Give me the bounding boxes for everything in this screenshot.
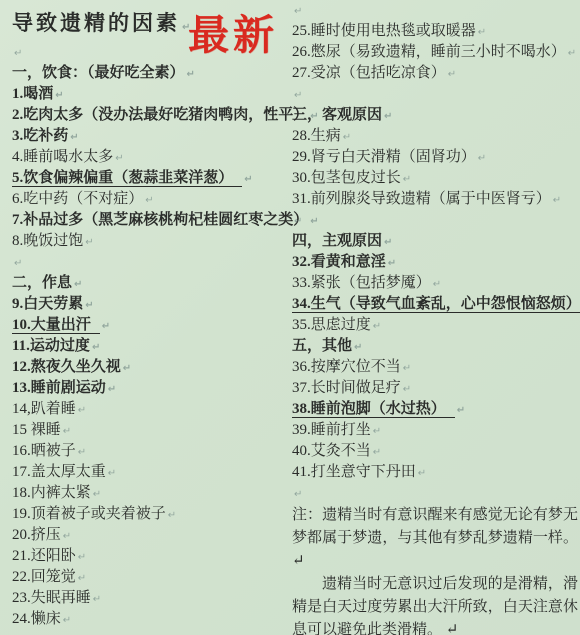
- line-text: 21.还阳卧: [12, 548, 76, 564]
- list-line: 34.生气（导致气血紊乱，心中怨恨恼怒烦）↵: [292, 294, 578, 315]
- note-block: 注：遗精当时有意识醒来有感觉无论有梦无梦都属于梦遗，与其他有梦乱梦遗精一样。↵遗…: [292, 504, 578, 635]
- line-text: 10.大量出汗: [12, 317, 100, 334]
- list-line: 23.失眠再睡↵: [12, 588, 288, 609]
- list-line: 4.睡前喝水太多↵: [12, 147, 288, 168]
- list-line: 12.熬夜久坐久视↵: [12, 357, 288, 378]
- list-line: 22.回笼觉↵: [12, 567, 288, 588]
- paragraph-mark-icon: ↵: [354, 342, 362, 353]
- section-heading: 一，饮食：（最好吃全素）↵: [12, 63, 288, 84]
- line-text: 11.运动过度: [12, 338, 90, 354]
- paragraph-mark-icon: ↵: [78, 552, 86, 563]
- list-line: 33.紧张（包括梦魇）↵: [292, 273, 578, 294]
- section-heading: 二，作息↵: [12, 273, 288, 294]
- document-page: 导致遗精的因素↵ ↵一，饮食：（最好吃全素）↵1.喝酒↵2.吃肉太多（没办法最好…: [0, 0, 580, 635]
- paragraph-mark-icon: ↵: [63, 426, 71, 437]
- line-text: 41.打坐意守下丹田: [292, 464, 416, 480]
- list-line: 7.补品过多（黑芝麻核桃枸杞桂圆红枣之类）↵: [12, 210, 288, 231]
- list-line: 2.吃肉太多（没办法最好吃猪肉鸭肉，性平）↵: [12, 105, 288, 126]
- paragraph-mark-icon: ↵: [85, 237, 93, 248]
- line-text: 40.艾灸不当: [292, 443, 371, 459]
- line-text: 二，作息: [12, 275, 72, 291]
- page-title-text: 导致遗精的因素: [12, 11, 180, 35]
- line-text: 30.包茎包皮过长: [292, 170, 401, 186]
- line-text: 14,趴着睡: [12, 401, 76, 417]
- right-column: ↵25.睡时使用电热毯或取暖器↵26.憋尿（易致遗精，睡前三小时不喝水）↵27.…: [292, 0, 578, 635]
- list-line: 1.喝酒↵: [12, 84, 288, 105]
- paragraph-mark-icon: ↵: [403, 384, 411, 395]
- paragraph-mark-icon: ↵: [553, 195, 561, 206]
- line-text: 27.受凉（包括吃凉食）: [292, 65, 446, 81]
- line-text: 25.睡时使用电热毯或取暖器: [292, 23, 476, 39]
- paragraph-mark-icon: ↵: [433, 279, 441, 290]
- line-text: 16.晒被子: [12, 443, 76, 459]
- list-line: 8.晚饭过饱↵: [12, 231, 288, 252]
- blank-line: ↵: [292, 84, 578, 105]
- paragraph-mark-icon: ↵: [74, 279, 82, 290]
- list-line: 13.睡前剧运动↵: [12, 378, 288, 399]
- list-line: 18.内裤太紧↵: [12, 483, 288, 504]
- line-text: 17.盖太厚太重: [12, 464, 106, 480]
- line-text: 29.肾亏白天滑精（固肾功）: [292, 149, 476, 165]
- line-text: 33.紧张（包括梦魇）: [292, 275, 431, 291]
- paragraph-mark-icon: ↵: [145, 195, 153, 206]
- line-text: 四，主观原因: [292, 233, 382, 249]
- list-line: 10.大量出汗↵: [12, 315, 288, 336]
- section-heading: 三，客观原因↵: [292, 105, 578, 126]
- paragraph-mark-icon: ↵: [92, 342, 100, 353]
- note-paragraph: 遗精当时无意识过后发现的是滑精，滑精是白天过度劳累出大汗所致，白天注意休息可以避…: [292, 573, 578, 635]
- right-column-lines: ↵25.睡时使用电热毯或取暖器↵26.憋尿（易致遗精，睡前三小时不喝水）↵27.…: [292, 0, 578, 504]
- paragraph-mark-icon: ↵: [108, 384, 116, 395]
- line-text: 12.熬夜久坐久视: [12, 359, 121, 375]
- paragraph-mark-icon: ↵: [418, 468, 426, 479]
- list-line: 31.前列腺炎导致遗精（属于中医肾亏）↵: [292, 189, 578, 210]
- paragraph-mark-icon: ↵: [102, 321, 110, 332]
- section-heading: 四，主观原因↵: [292, 231, 578, 252]
- list-line: 17.盖太厚太重↵: [12, 462, 288, 483]
- line-text: 8.晚饭过饱: [12, 233, 83, 249]
- list-line: 19.顶着被子或夹着被子↵: [12, 504, 288, 525]
- list-line: 37.长时间做足疗↵: [292, 378, 578, 399]
- line-text: 36.按摩穴位不当: [292, 359, 401, 375]
- paragraph-mark-icon: ↵: [78, 447, 86, 458]
- paragraph-mark-icon: ↵: [457, 405, 465, 416]
- paragraph-mark-icon: ↵: [14, 258, 22, 269]
- paragraph-mark-icon: ↵: [403, 363, 411, 374]
- paragraph-mark-icon: ↵: [448, 69, 456, 80]
- list-line: 16.晒被子↵: [12, 441, 288, 462]
- paragraph-mark-icon: ↵: [568, 48, 576, 59]
- list-line: 27.受凉（包括吃凉食）↵: [292, 63, 578, 84]
- paragraph-mark-icon: ↵: [373, 321, 381, 332]
- line-text: 9.白天劳累: [12, 296, 83, 312]
- list-line: 30.包茎包皮过长↵: [292, 168, 578, 189]
- list-line: 29.肾亏白天滑精（固肾功）↵: [292, 147, 578, 168]
- line-text: 28.生病: [292, 128, 341, 144]
- paragraph-mark-icon: ↵: [63, 531, 71, 542]
- list-line: 41.打坐意守下丹田↵: [292, 462, 578, 483]
- line-text: 31.前列腺炎导致遗精（属于中医肾亏）: [292, 191, 551, 207]
- line-text: 32.看黄和意淫: [292, 254, 386, 270]
- line-text: 3.吃补药: [12, 128, 68, 144]
- line-text: 23.失眠再睡: [12, 590, 91, 606]
- paragraph-mark-icon: ↵: [108, 468, 116, 479]
- line-text: 5.饮食偏辣偏重（葱蒜韭菜洋葱）: [12, 170, 242, 187]
- paragraph-mark-icon: ↵: [294, 216, 302, 227]
- paragraph-mark-icon: ↵: [85, 300, 93, 311]
- line-text: 39.睡前打坐: [292, 422, 371, 438]
- list-line: 20.挤压↵: [12, 525, 288, 546]
- line-text: 15 裸睡: [12, 422, 61, 438]
- paragraph-mark-icon: ↵: [93, 594, 101, 605]
- list-line: 39.睡前打坐↵: [292, 420, 578, 441]
- line-text: 7.补品过多（黑芝麻核桃枸杞桂圆红枣之类）: [12, 212, 308, 228]
- note-paragraph: 注：遗精当时有意识醒来有感觉无论有梦无梦都属于梦遗，与其他有梦乱梦遗精一样。↵: [292, 504, 578, 573]
- list-line: 3.吃补药↵: [12, 126, 288, 147]
- blank-line: ↵: [292, 210, 578, 231]
- left-column: 导致遗精的因素↵ ↵一，饮食：（最好吃全素）↵1.喝酒↵2.吃肉太多（没办法最好…: [12, 0, 288, 635]
- paragraph-mark-icon: ↵: [294, 489, 302, 500]
- paragraph-mark-icon: ↵: [55, 90, 63, 101]
- paragraph-mark-icon: ↵: [478, 27, 486, 38]
- line-text: 1.喝酒: [12, 86, 53, 102]
- line-text: 一，饮食：（最好吃全素）: [12, 65, 185, 81]
- line-text: 4.睡前喝水太多: [12, 149, 113, 165]
- list-line: 32.看黄和意淫↵: [292, 252, 578, 273]
- list-line: 11.运动过度↵: [12, 336, 288, 357]
- paragraph-mark-icon: ↵: [384, 111, 392, 122]
- list-line: 28.生病↵: [292, 126, 578, 147]
- section-heading: 五，其他↵: [292, 336, 578, 357]
- line-text: 三，客观原因: [292, 107, 382, 123]
- list-line: 40.艾灸不当↵: [292, 441, 578, 462]
- line-text: 18.内裤太紧: [12, 485, 91, 501]
- paragraph-mark-icon: ↵: [373, 447, 381, 458]
- blank-line: ↵: [292, 0, 578, 21]
- list-line: 38.睡前泡脚（水过热）↵: [292, 399, 578, 420]
- list-line: 15 裸睡↵: [12, 420, 288, 441]
- line-text: 38.睡前泡脚（水过热）: [292, 401, 455, 418]
- line-text: 13.睡前剧运动: [12, 380, 106, 396]
- paragraph-mark-icon: ↵: [187, 69, 195, 80]
- list-line: 6.吃中药（不对症）↵: [12, 189, 288, 210]
- line-text: 6.吃中药（不对症）: [12, 191, 143, 207]
- paragraph-mark-icon: ↵: [70, 132, 78, 143]
- paragraph-mark-icon: ↵: [294, 90, 302, 101]
- line-text: 24.懒床: [12, 611, 61, 627]
- latest-stamp: 最新: [188, 2, 278, 61]
- line-text: 22.回笼觉: [12, 569, 76, 585]
- left-column-lines: ↵一，饮食：（最好吃全素）↵1.喝酒↵2.吃肉太多（没办法最好吃猪肉鸭肉，性平）…: [12, 42, 288, 630]
- blank-line: ↵: [292, 483, 578, 504]
- paragraph-mark-icon: ↵: [115, 153, 123, 164]
- line-text: 19.顶着被子或夹着被子: [12, 506, 166, 522]
- line-text: 26.憋尿（易致遗精，睡前三小时不喝水）: [292, 44, 566, 60]
- paragraph-mark-icon: ↵: [63, 615, 71, 626]
- paragraph-mark-icon: ↵: [123, 363, 131, 374]
- paragraph-mark-icon: ↵: [388, 258, 396, 269]
- line-text: 37.长时间做足疗: [292, 380, 401, 396]
- paragraph-mark-icon: ↵: [93, 489, 101, 500]
- paragraph-mark-icon: ↵: [403, 174, 411, 185]
- list-line: 24.懒床↵: [12, 609, 288, 630]
- paragraph-mark-icon: ↵: [384, 237, 392, 248]
- list-line: 35.思虑过度↵: [292, 315, 578, 336]
- paragraph-mark-icon: ↵: [78, 573, 86, 584]
- paragraph-mark-icon: ↵: [294, 6, 302, 17]
- list-line: 26.憋尿（易致遗精，睡前三小时不喝水）↵: [292, 42, 578, 63]
- paragraph-mark-icon: ↵: [244, 174, 252, 185]
- list-line: 25.睡时使用电热毯或取暖器↵: [292, 21, 578, 42]
- list-line: 9.白天劳累↵: [12, 294, 288, 315]
- line-text: 20.挤压: [12, 527, 61, 543]
- line-text: 2.吃肉太多（没办法最好吃猪肉鸭肉，性平）: [12, 107, 308, 123]
- paragraph-mark-icon: ↵: [168, 510, 176, 521]
- paragraph-mark-icon: ↵: [14, 48, 22, 59]
- line-text: 35.思虑过度: [292, 317, 371, 333]
- line-text: 五，其他: [292, 338, 352, 354]
- blank-line: ↵: [12, 252, 288, 273]
- list-line: 36.按摩穴位不当↵: [292, 357, 578, 378]
- paragraph-mark-icon: ↵: [373, 426, 381, 437]
- list-line: 21.还阳卧↵: [12, 546, 288, 567]
- paragraph-mark-icon: ↵: [478, 153, 486, 164]
- list-line: 5.饮食偏辣偏重（葱蒜韭菜洋葱）↵: [12, 168, 288, 189]
- line-text: 34.生气（导致气血紊乱，心中怨恨恼怒烦）: [292, 296, 580, 313]
- paragraph-mark-icon: ↵: [78, 405, 86, 416]
- paragraph-mark-icon: ↵: [343, 132, 351, 143]
- list-line: 14,趴着睡↵: [12, 399, 288, 420]
